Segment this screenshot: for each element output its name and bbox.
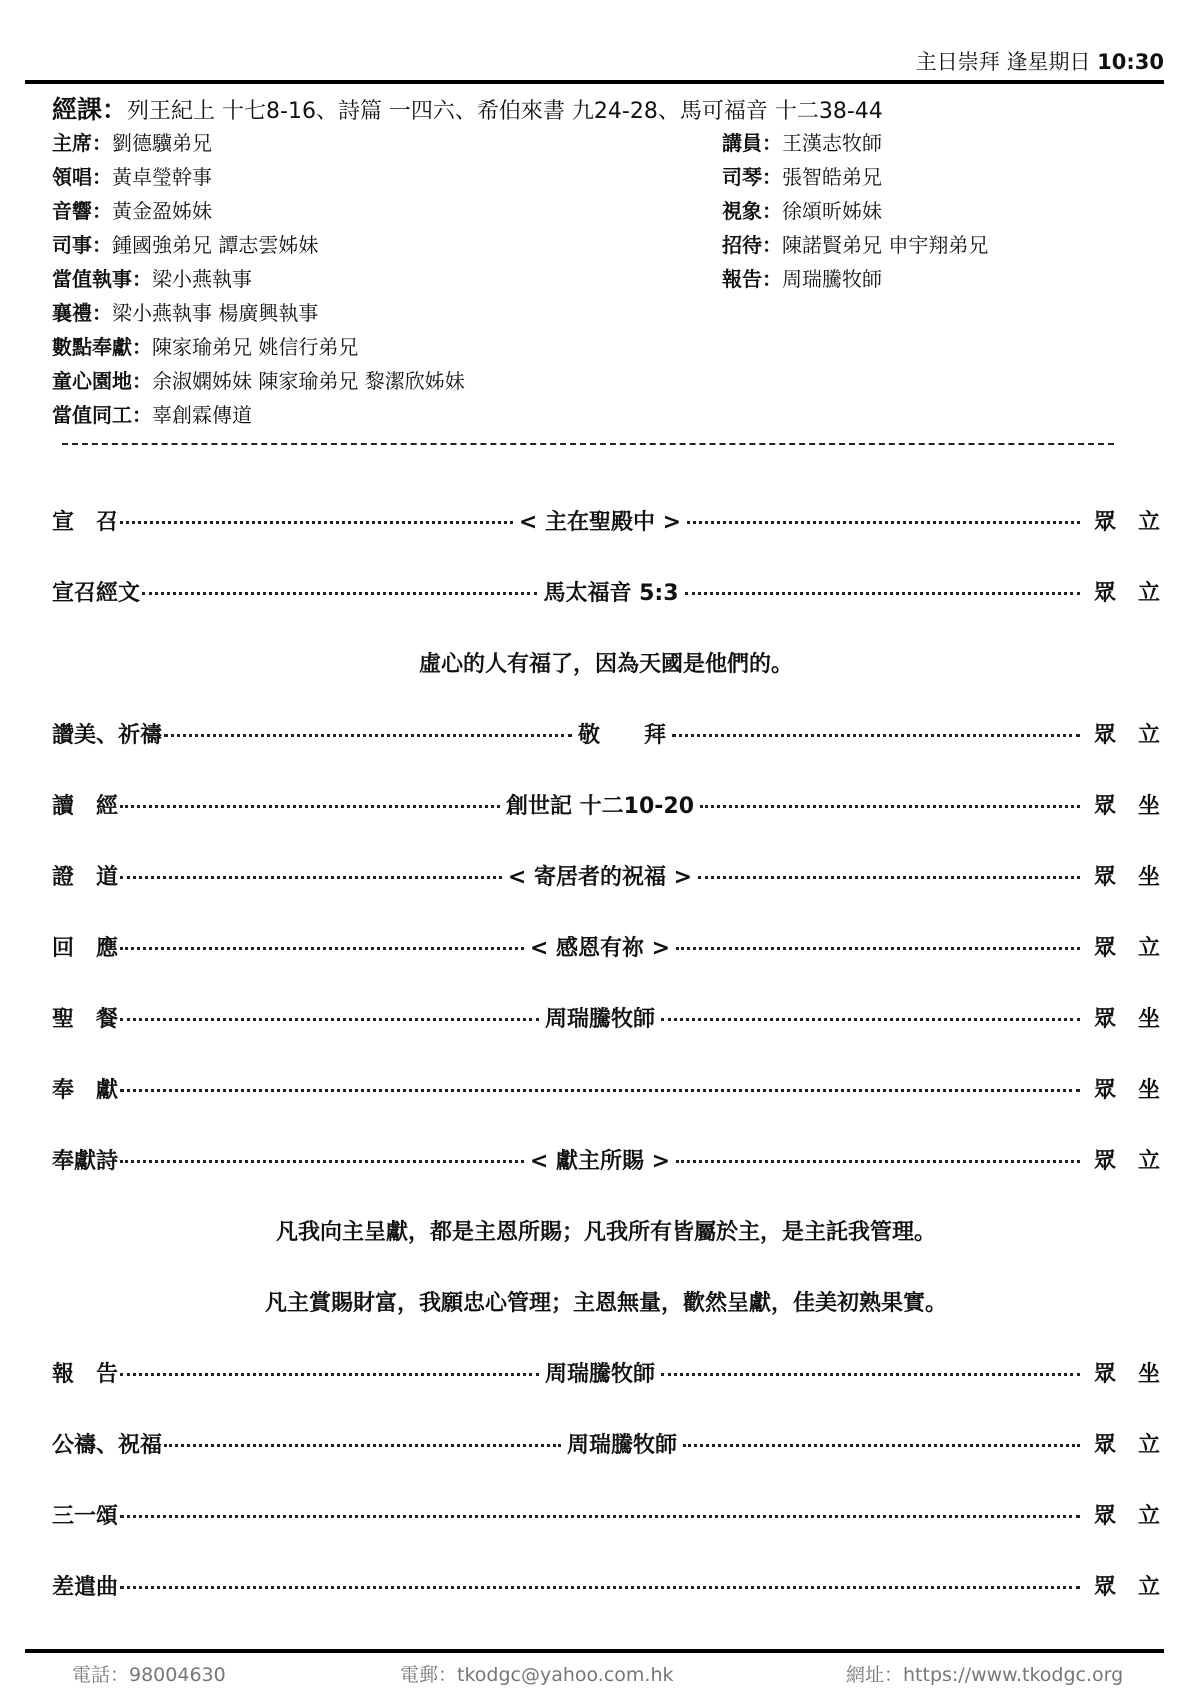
role-item: 講員：王漢志牧師 xyxy=(722,126,988,160)
role-item: 當值同工：辜創霖傳道 xyxy=(52,398,465,432)
posture: 眾 立 xyxy=(1082,1144,1160,1175)
service-item: 三一頌眾 立 xyxy=(52,1479,1160,1550)
service-item: 報 告周瑞騰牧師眾 坐 xyxy=(52,1337,1160,1408)
leader-dots xyxy=(661,1373,1080,1376)
order-of-service: 宣 召< 主在聖殿中 >眾 立 宣召經文馬太福音 5:3眾 立 虛心的人有福了，… xyxy=(52,485,1160,1621)
lessons-label: 經課： xyxy=(52,95,127,124)
hymn-lyric: 凡主賞賜財富，我願忠心管理；主恩無量，歡然呈獻，佳美初熟果實。 xyxy=(52,1266,1160,1337)
role-item: 數點奉獻：陳家瑜弟兄 姚信行弟兄 xyxy=(52,330,465,364)
scripture-verse: 虛心的人有福了，因為天國是他們的。 xyxy=(52,627,1160,698)
service-item: 奉獻詩< 獻主所賜 >眾 立 xyxy=(52,1124,1160,1195)
role-item: 音響：黃金盈姊妹 xyxy=(52,194,465,228)
posture: 眾 坐 xyxy=(1082,1357,1160,1388)
hymn-lyric: 凡我向主呈獻，都是主恩所賜；凡我所有皆屬於主，是主託我管理。 xyxy=(52,1195,1160,1266)
service-item: 聖 餐周瑞騰牧師眾 坐 xyxy=(52,982,1160,1053)
leader-dots xyxy=(120,876,502,879)
leader-dots xyxy=(120,1373,539,1376)
posture: 眾 立 xyxy=(1082,1499,1160,1530)
service-item: 差遣曲眾 立 xyxy=(52,1550,1160,1621)
leader-dots xyxy=(676,1160,1080,1163)
service-item: 宣 召< 主在聖殿中 >眾 立 xyxy=(52,485,1160,556)
posture: 眾 坐 xyxy=(1082,1073,1160,1104)
posture: 眾 立 xyxy=(1082,1570,1160,1601)
posture: 眾 坐 xyxy=(1082,789,1160,820)
posture: 眾 立 xyxy=(1082,931,1160,962)
leader-dots xyxy=(120,1515,1080,1518)
footer-website[interactable]: 網址：https://www.tkodgc.org xyxy=(846,1660,1123,1687)
role-item: 招待：陳諾賢弟兄 申宇翔弟兄 xyxy=(722,228,988,262)
posture: 眾 坐 xyxy=(1082,1002,1160,1033)
leader-dots xyxy=(661,1018,1080,1021)
service-item: 讚美、祈禱敬 拜眾 立 xyxy=(52,698,1160,769)
leader-dots xyxy=(683,1444,1080,1447)
lessons-text: 列王紀上 十七8-16、詩篇 一四六、希伯來書 九24-28、馬可福音 十二38… xyxy=(127,99,883,124)
service-item: 宣召經文馬太福音 5:3眾 立 xyxy=(52,556,1160,627)
leader-dots xyxy=(120,805,500,808)
leader-dots xyxy=(142,592,537,595)
posture: 眾 立 xyxy=(1082,1428,1160,1459)
footer-email[interactable]: 電郵：tkodgc@yahoo.com.hk xyxy=(400,1660,674,1687)
scripture-lessons: 經課：列王紀上 十七8-16、詩篇 一四六、希伯來書 九24-28、馬可福音 十… xyxy=(52,90,883,126)
service-title: 主日崇拜 逢星期日 xyxy=(916,50,1091,74)
service-item: 奉 獻眾 坐 xyxy=(52,1053,1160,1124)
role-item: 主席：劉德驥弟兄 xyxy=(52,126,465,160)
role-item: 報告：周瑞騰牧師 xyxy=(722,262,988,296)
leader-dots xyxy=(120,1018,539,1021)
leader-dots xyxy=(120,521,513,524)
role-item: 當值執事：梁小燕執事 xyxy=(52,262,465,296)
leader-dots xyxy=(698,876,1080,879)
leader-dots xyxy=(120,1586,1080,1589)
roles-right-column: 講員：王漢志牧師 司琴：張智皓弟兄 視象：徐頌昕姊妹 招待：陳諾賢弟兄 申宇翔弟… xyxy=(722,126,988,296)
top-divider xyxy=(25,80,1164,84)
posture: 眾 立 xyxy=(1082,718,1160,749)
service-item: 公禱、祝福周瑞騰牧師眾 立 xyxy=(52,1408,1160,1479)
leader-dots xyxy=(120,947,524,950)
leader-dots xyxy=(687,521,1080,524)
role-item: 視象：徐頌昕姊妹 xyxy=(722,194,988,228)
roles-left-column: 主席：劉德驥弟兄 領唱：黃卓瑩幹事 音響：黃金盈姊妹 司事：鍾國強弟兄 譚志雲姊… xyxy=(52,126,465,432)
page-header: 主日崇拜 逢星期日 10:30 xyxy=(916,46,1164,76)
role-item: 領唱：黃卓瑩幹事 xyxy=(52,160,465,194)
service-time: 10:30 xyxy=(1097,50,1164,74)
leader-dots xyxy=(120,1160,524,1163)
posture: 眾 坐 xyxy=(1082,860,1160,891)
footer-phone: 電話：98004630 xyxy=(72,1660,226,1687)
role-item: 司琴：張智皓弟兄 xyxy=(722,160,988,194)
leader-dots xyxy=(164,734,572,737)
leader-dots xyxy=(164,1444,561,1447)
role-item: 司事：鍾國強弟兄 譚志雲姊妹 xyxy=(52,228,465,262)
role-item: 童心園地：余淑嫻姊妹 陳家瑜弟兄 黎潔欣姊妹 xyxy=(52,364,465,398)
posture: 眾 立 xyxy=(1082,576,1160,607)
leader-dots xyxy=(672,734,1080,737)
posture: 眾 立 xyxy=(1082,505,1160,536)
bottom-divider xyxy=(25,1649,1164,1653)
leader-dots xyxy=(120,1089,1080,1092)
service-item: 回 應< 感恩有祢 >眾 立 xyxy=(52,911,1160,982)
leader-dots xyxy=(685,592,1080,595)
leader-dots xyxy=(700,805,1080,808)
leader-dots xyxy=(676,947,1080,950)
dashed-divider xyxy=(62,443,1114,445)
service-item: 證 道< 寄居者的祝福 >眾 坐 xyxy=(52,840,1160,911)
service-item: 讀 經創世記 十二10-20眾 坐 xyxy=(52,769,1160,840)
role-item: 襄禮：梁小燕執事 楊廣興執事 xyxy=(52,296,465,330)
